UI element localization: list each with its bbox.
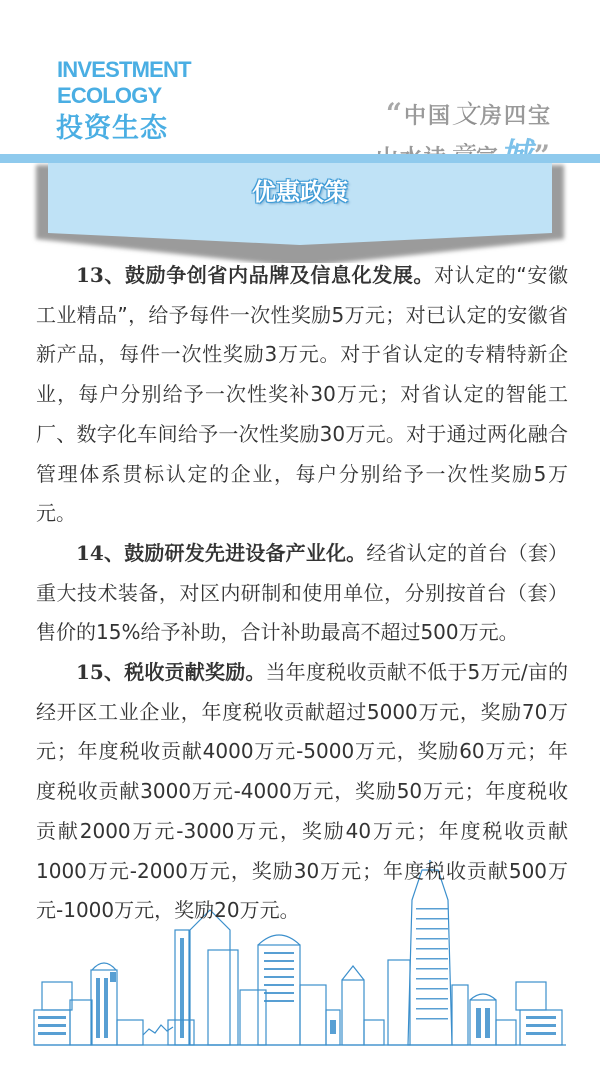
open-quote-mark: “	[386, 97, 404, 130]
slogan-text: 房四宝	[480, 104, 552, 129]
policy-item-heading: 14、鼓励研发先进设备产业化。	[76, 541, 366, 565]
slogan-calligraphy-char: 文	[452, 100, 480, 130]
policy-item-heading: 15、税收贡献奖励。	[76, 660, 266, 684]
section-title: 优惠政策	[0, 172, 600, 207]
policy-content: 13、鼓励争创省内品牌及信息化发展。对认定的“安徽工业精品”，给予每件一次性奖励…	[36, 256, 568, 931]
policy-item-body: 对认定的“安徽工业精品”，给予每件一次性奖励5万元；对已认定的安徽省新产品，每件…	[36, 263, 568, 525]
policy-item-14: 14、鼓励研发先进设备产业化。经省认定的首台（套）重大技术装备，对区内研制和使用…	[36, 534, 568, 653]
header-chinese-title: 投资生态	[56, 112, 168, 146]
slogan-text: 中国	[404, 104, 452, 129]
header-english-line2: ECOLOGY	[57, 84, 161, 108]
policy-item-heading: 13、鼓励争创省内品牌及信息化发展。	[76, 263, 434, 287]
slogan-line1: “中国文房四宝	[386, 100, 552, 131]
policy-item-13: 13、鼓励争创省内品牌及信息化发展。对认定的“安徽工业精品”，给予每件一次性奖励…	[36, 256, 568, 534]
header-english-line1: INVESTMENT	[57, 58, 191, 82]
policy-item-body: 当年度税收贡献不低于5万元/亩的经开区工业企业，年度税收贡献超过5000万元，奖…	[36, 660, 568, 922]
header-divider-band	[0, 154, 600, 163]
policy-item-15: 15、税收贡献奖励。当年度税收贡献不低于5万元/亩的经开区工业企业，年度税收贡献…	[36, 653, 568, 931]
